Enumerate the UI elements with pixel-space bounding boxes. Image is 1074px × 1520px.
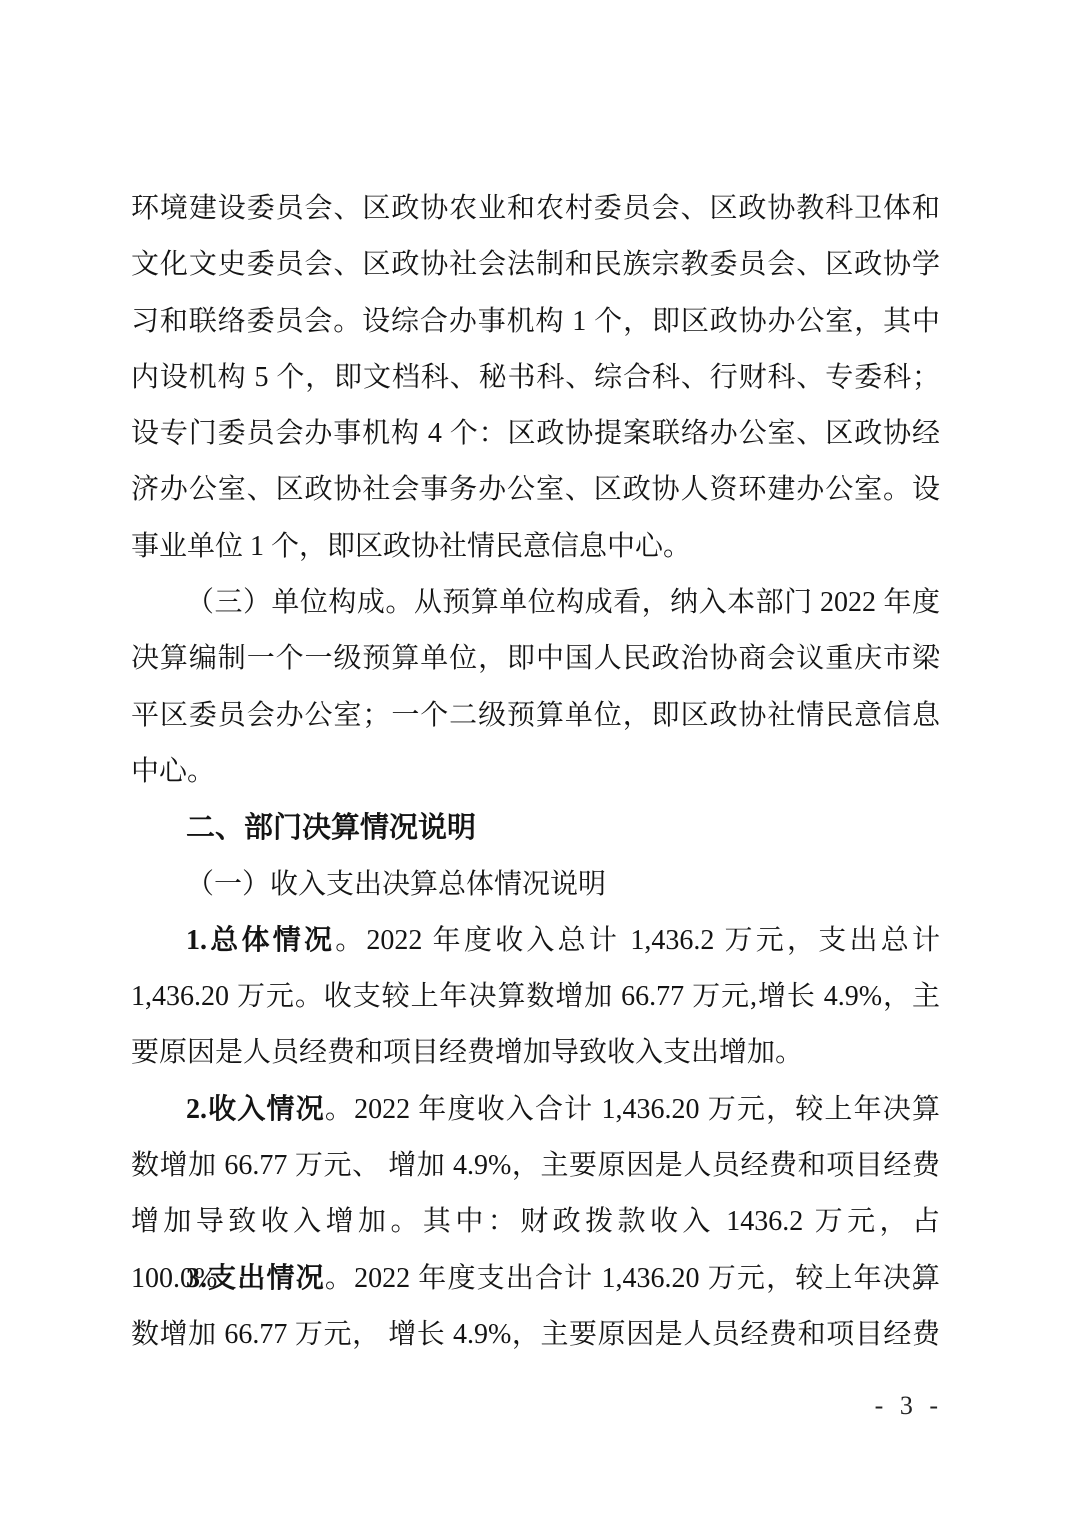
text-line: 济办公室、区政协社会事务办公室、区政协人资环建办公室。设: [131, 462, 940, 518]
page-number: - 3 -: [875, 1391, 943, 1421]
text-line: 中心。: [131, 744, 940, 800]
line-text: 。2022 年度收入合计 1,436.20 万元，较上年决算: [325, 1094, 940, 1125]
line-text: 。2022 年度收入总计 1,436.2 万元，支出总计: [335, 925, 940, 956]
text-line: 习和联络委员会。设综合办事机构 1 个，即区政协办公室，其中: [131, 294, 940, 350]
text-line: 环境建设委员会、区政协农业和农村委员会、区政协教科卫体和: [131, 181, 940, 237]
paragraph-overall: 1.总体情况。2022 年度收入总计 1,436.2 万元，支出总计: [131, 913, 940, 969]
bold-lead: 3.支出情况: [186, 1263, 325, 1294]
text-line: 平区委员会办公室；一个二级预算单位，即区政协社情民意信息: [131, 688, 940, 744]
kai-lead: （三）单位构成。: [186, 587, 414, 618]
section-heading-2: 二、部门决算情况说明: [131, 800, 940, 856]
line-text: 从预算单位构成看，纳入本部门 2022 年度: [414, 587, 940, 618]
text-line: 数增加 66.77 万元， 增长 4.9%，主要原因是人员经费和项目经费: [131, 1307, 940, 1363]
text-line: 文化文史委员会、区政协社会法制和民族宗教委员会、区政协学: [131, 237, 940, 293]
paragraph-unit-composition: （三）单位构成。从预算单位构成看，纳入本部门 2022 年度: [131, 575, 940, 631]
text-line: 增加导致收入增加。其中：财政拨款收入 1436.2 万元，占 100.0%。: [131, 1194, 940, 1250]
subsection-heading-1: （一）收入支出决算总体情况说明: [131, 857, 940, 913]
text-line: 决算编制一个一级预算单位，即中国人民政治协商会议重庆市梁: [131, 631, 940, 687]
document-body: 环境建设委员会、区政协农业和农村委员会、区政协教科卫体和 文化文史委员会、区政协…: [131, 181, 940, 1363]
text-line: 要原因是人员经费和项目经费增加导致收入支出增加。: [131, 1025, 940, 1081]
line-text: 。2022 年度支出合计 1,436.20 万元，较上年决算: [325, 1263, 940, 1294]
document-page: 环境建设委员会、区政协农业和农村委员会、区政协教科卫体和 文化文史委员会、区政协…: [0, 0, 1074, 1520]
bold-lead: 1.总体情况: [186, 925, 335, 956]
paragraph-income: 2.收入情况。2022 年度收入合计 1,436.20 万元，较上年决算: [131, 1082, 940, 1138]
text-line: 数增加 66.77 万元、 增加 4.9%，主要原因是人员经费和项目经费: [131, 1138, 940, 1194]
text-line: 内设机构 5 个，即文档科、秘书科、综合科、行财科、专委科；: [131, 350, 940, 406]
text-line: 1,436.20 万元。收支较上年决算数增加 66.77 万元,增长 4.9%，…: [131, 969, 940, 1025]
paragraph-expenditure: 3.支出情况。2022 年度支出合计 1,436.20 万元，较上年决算: [131, 1251, 940, 1307]
bold-lead: 2.收入情况: [186, 1094, 325, 1125]
text-line: 设专门委员会办事机构 4 个：区政协提案联络办公室、区政协经: [131, 406, 940, 462]
text-line: 事业单位 1 个，即区政协社情民意信息中心。: [131, 519, 940, 575]
